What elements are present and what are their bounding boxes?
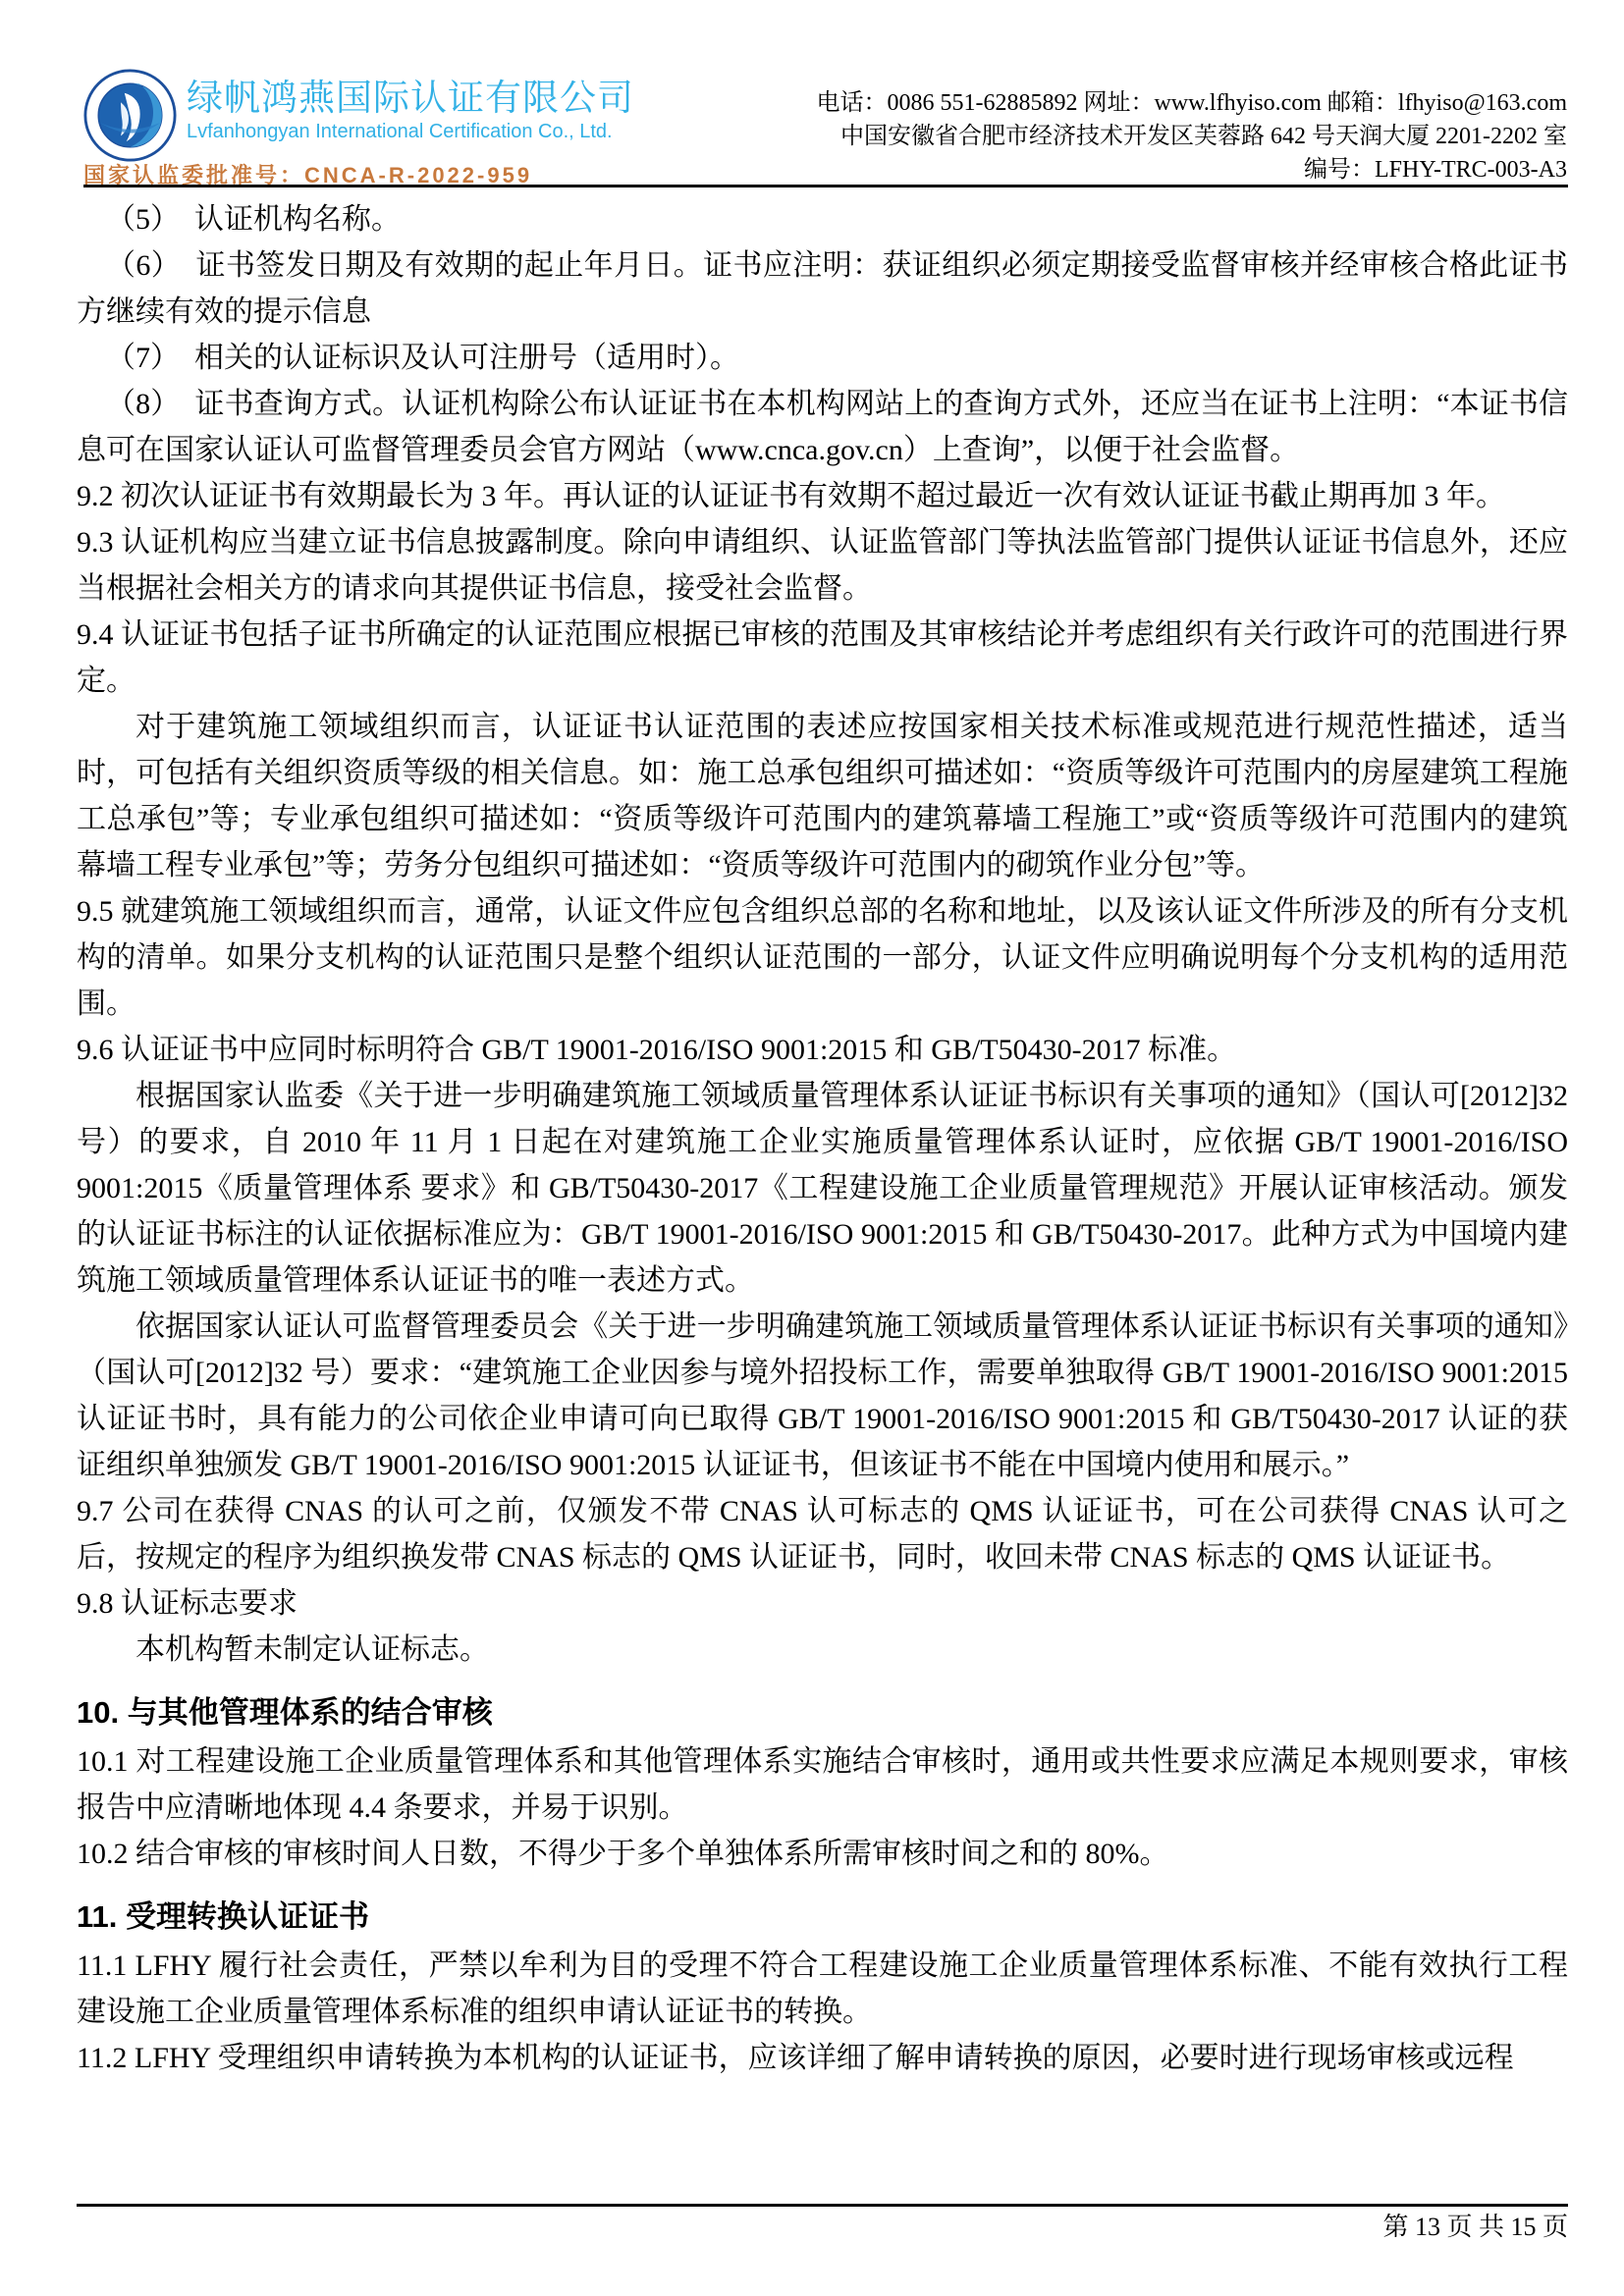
contact-line: 电话：0086 551-62885892 网址：www.lfhyiso.com … [816,86,1567,120]
paragraph: 11.1 LFHY 履行社会责任，严禁以牟利为目的受理不符合工程建设施工企业质量… [77,1943,1568,2035]
paragraph: 9.6 认证证书中应同时标明符合 GB/T 19001-2016/ISO 900… [77,1027,1568,1073]
company-logo-icon [83,69,177,162]
paragraph: 11.2 LFHY 受理组织申请转换为本机构的认证证书，应该详细了解申请转换的原… [77,2035,1568,2081]
company-name-cn: 绿帆鸿燕国际认证有限公司 [187,79,634,118]
paragraph: 10.1 对工程建设施工企业质量管理体系和其他管理体系实施结合审核时，通用或共性… [77,1738,1568,1831]
paragraph: （6） 证书签发日期及有效期的起止年月日。证书应注明：获证组织必须定期接受监督审… [77,242,1568,335]
paragraph: 本机构暂未制定认证标志。 [77,1627,1568,1673]
paragraph: 10.2 结合审核的审核时间人日数，不得少于多个单独体系所需审核时间之和的 80… [77,1831,1568,1877]
header-divider [83,185,1568,187]
header-brand: 绿帆鸿燕国际认证有限公司 Lvfanhongyan International … [83,39,634,162]
paragraph: （5） 认证机构名称。 [77,196,1568,242]
paragraph: 对于建筑施工领域组织而言，认证证书认证范围的表述应按国家相关技术标准或规范进行规… [77,704,1568,888]
document-body: （5） 认证机构名称。（6） 证书签发日期及有效期的起止年月日。证书应注明：获证… [77,196,1568,2081]
paragraph: （7） 相关的认证标识及认可注册号（适用时）。 [77,335,1568,381]
paragraph: 9.5 就建筑施工领域组织而言，通常，认证文件应包含组织总部的名称和地址，以及该… [77,888,1568,1027]
paragraph: 9.8 认证标志要求 [77,1580,1568,1627]
company-name-en: Lvfanhongyan International Certification… [187,118,634,145]
footer-divider [77,2204,1568,2207]
paragraph: 9.4 认证证书包括子证书所确定的认证范围应根据已审核的范围及其审核结论并考虑组… [77,612,1568,704]
doc-number: 编号：LFHY-TRC-003-A3 [816,153,1567,187]
page-header: 绿帆鸿燕国际认证有限公司 Lvfanhongyan International … [83,39,1567,185]
paragraph: （8） 证书查询方式。认证机构除公布认证证书在本机构网站上的查询方式外，还应当在… [77,381,1568,473]
document-page: 绿帆鸿燕国际认证有限公司 Lvfanhongyan International … [0,0,1624,2296]
paragraph: 9.7 公司在获得 CNAS 的认可之前，仅颁发不带 CNAS 认可标志的 QM… [77,1488,1568,1580]
company-name-block: 绿帆鸿燕国际认证有限公司 Lvfanhongyan International … [187,79,634,145]
section-heading: 11. 受理转换认证证书 [77,1894,1568,1941]
address-line: 中国安徽省合肥市经济技术开发区芙蓉路 642 号天润大厦 2201-2202 室 [816,120,1567,153]
paragraph: 9.3 认证机构应当建立证书信息披露制度。除向申请组织、认证监管部门等执法监管部… [77,519,1568,612]
paragraph: 9.2 初次认证证书有效期最长为 3 年。再认证的认证证书有效期不超过最近一次有… [77,473,1568,519]
page-number: 第 13 页 共 15 页 [1382,2211,1568,2244]
paragraph: 依据国家认证认可监督管理委员会《关于进一步明确建筑施工领域质量管理体系认证证书标… [77,1304,1568,1488]
section-heading: 10. 与其他管理体系的结合审核 [77,1689,1568,1736]
header-contact-block: 电话：0086 551-62885892 网址：www.lfhyiso.com … [816,86,1567,187]
paragraph: 根据国家认监委《关于进一步明确建筑施工领域质量管理体系认证证书标识有关事项的通知… [77,1073,1568,1304]
